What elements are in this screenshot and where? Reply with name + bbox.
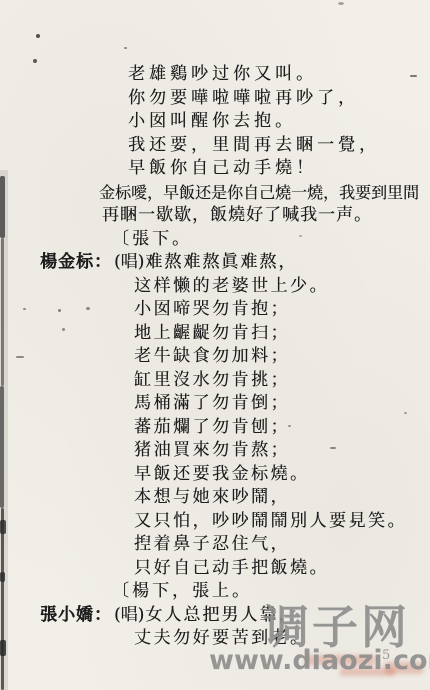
line-text: 地上齷齪勿肯扫； <box>134 323 290 343</box>
script-line: 地上齷齪勿肯扫； <box>0 322 430 346</box>
line-text: 我还要，里間再去睏一覺， <box>128 135 380 155</box>
line-text: 老雄鷄吵过你又叫。 <box>128 64 317 84</box>
script-line: 我还要，里間再去睏一覺， <box>0 134 430 158</box>
script-line: 小囡叫醒你去抱。 <box>0 110 430 134</box>
script-line: 又只怕，吵吵鬧鬧別人要見笑。 <box>0 510 430 534</box>
script-line: 再睏一歇歇，飯燒好了喊我一声。 <box>0 204 430 228</box>
line-text: 〔張下。 <box>112 229 192 249</box>
script-line: 你勿要嘩啦嘩啦再吵了， <box>0 87 430 111</box>
script-line: 小囡啼哭勿肯抱； <box>0 298 430 322</box>
line-text: 金标噯，早飯还是你自己燒一燒，我要到里間 <box>99 183 419 202</box>
script-line: 楊金标：(唱)难熬难熬眞难熬， <box>0 251 430 275</box>
script-line: 〔張下。 <box>0 228 430 252</box>
scan-speck <box>338 2 344 5</box>
watermark-url: www.diaozi.com <box>209 645 430 677</box>
script-line: 这样懒的老婆世上少。 <box>0 275 430 299</box>
script-line: 早飯还要我金标燒。 <box>0 463 430 487</box>
script-line: 金标噯，早飯还是你自己燒一燒，我要到里間 <box>0 181 430 205</box>
line-text: 猪油買來勿肯熬； <box>134 440 290 460</box>
script-line: 揑着鼻子忍住气， <box>0 533 430 557</box>
line-text: 小囡叫醒你去抱。 <box>128 111 296 131</box>
script-line: 蕃茄爛了勿肯刨； <box>0 416 430 440</box>
line-text: 揑着鼻子忍住气， <box>134 534 290 554</box>
script-line: 早飯你自己动手燒！ <box>0 157 430 181</box>
sung-cue: (唱) <box>114 605 144 625</box>
line-text: 缸里沒水勿肯挑； <box>134 370 290 390</box>
sung-cue: (唱) <box>114 252 144 272</box>
scan-speck <box>124 47 127 49</box>
speaker-name: 楊金标： <box>40 252 112 272</box>
script-line: 缸里沒水勿肯挑； <box>0 369 430 393</box>
line-text: 蕃茄爛了勿肯刨； <box>134 417 290 437</box>
line-text: 早飯还要我金标燒。 <box>134 464 310 484</box>
line-text: 只好自己动手把飯燒。 <box>134 558 329 578</box>
scanned-script-page: 老雄鷄吵过你又叫。你勿要嘩啦嘩啦再吵了，小囡叫醒你去抱。我还要，里間再去睏一覺，… <box>0 0 430 690</box>
scan-speck <box>36 34 40 38</box>
line-text: 小囡啼哭勿肯抱； <box>134 299 290 319</box>
line-text: 难熬难熬眞难熬， <box>145 252 297 272</box>
script-line: 馬桶滿了勿肯倒； <box>0 392 430 416</box>
line-text: 又只怕，吵吵鬧鬧別人要見笑。 <box>134 511 407 531</box>
line-text: 老牛缺食勿加料； <box>134 346 290 366</box>
line-text: 馬桶滿了勿肯倒； <box>134 393 290 413</box>
script-text-block: 老雄鷄吵过你又叫。你勿要嘩啦嘩啦再吵了，小囡叫醒你去抱。我还要，里間再去睏一覺，… <box>0 63 430 651</box>
speaker-name: 張小嬌： <box>40 605 112 625</box>
script-line: 猪油買來勿肯熬； <box>0 439 430 463</box>
script-line: 本想与她來吵鬧， <box>0 486 430 510</box>
script-line: 老牛缺食勿加料； <box>0 345 430 369</box>
line-text: 早飯你自己动手燒！ <box>128 158 317 178</box>
line-text: 这样懒的老婆世上少。 <box>134 276 329 296</box>
script-line: 只好自己动手把飯燒。 <box>0 557 430 581</box>
line-text: 你勿要嘩啦嘩啦再吵了， <box>128 88 359 108</box>
line-text: 〔楊下，張上。 <box>112 581 252 601</box>
line-text: 再睏一歇歇，飯燒好了喊我一声。 <box>102 205 372 225</box>
line-text: 本想与她來吵鬧， <box>134 487 290 507</box>
script-line: 老雄鷄吵过你又叫。 <box>0 63 430 87</box>
